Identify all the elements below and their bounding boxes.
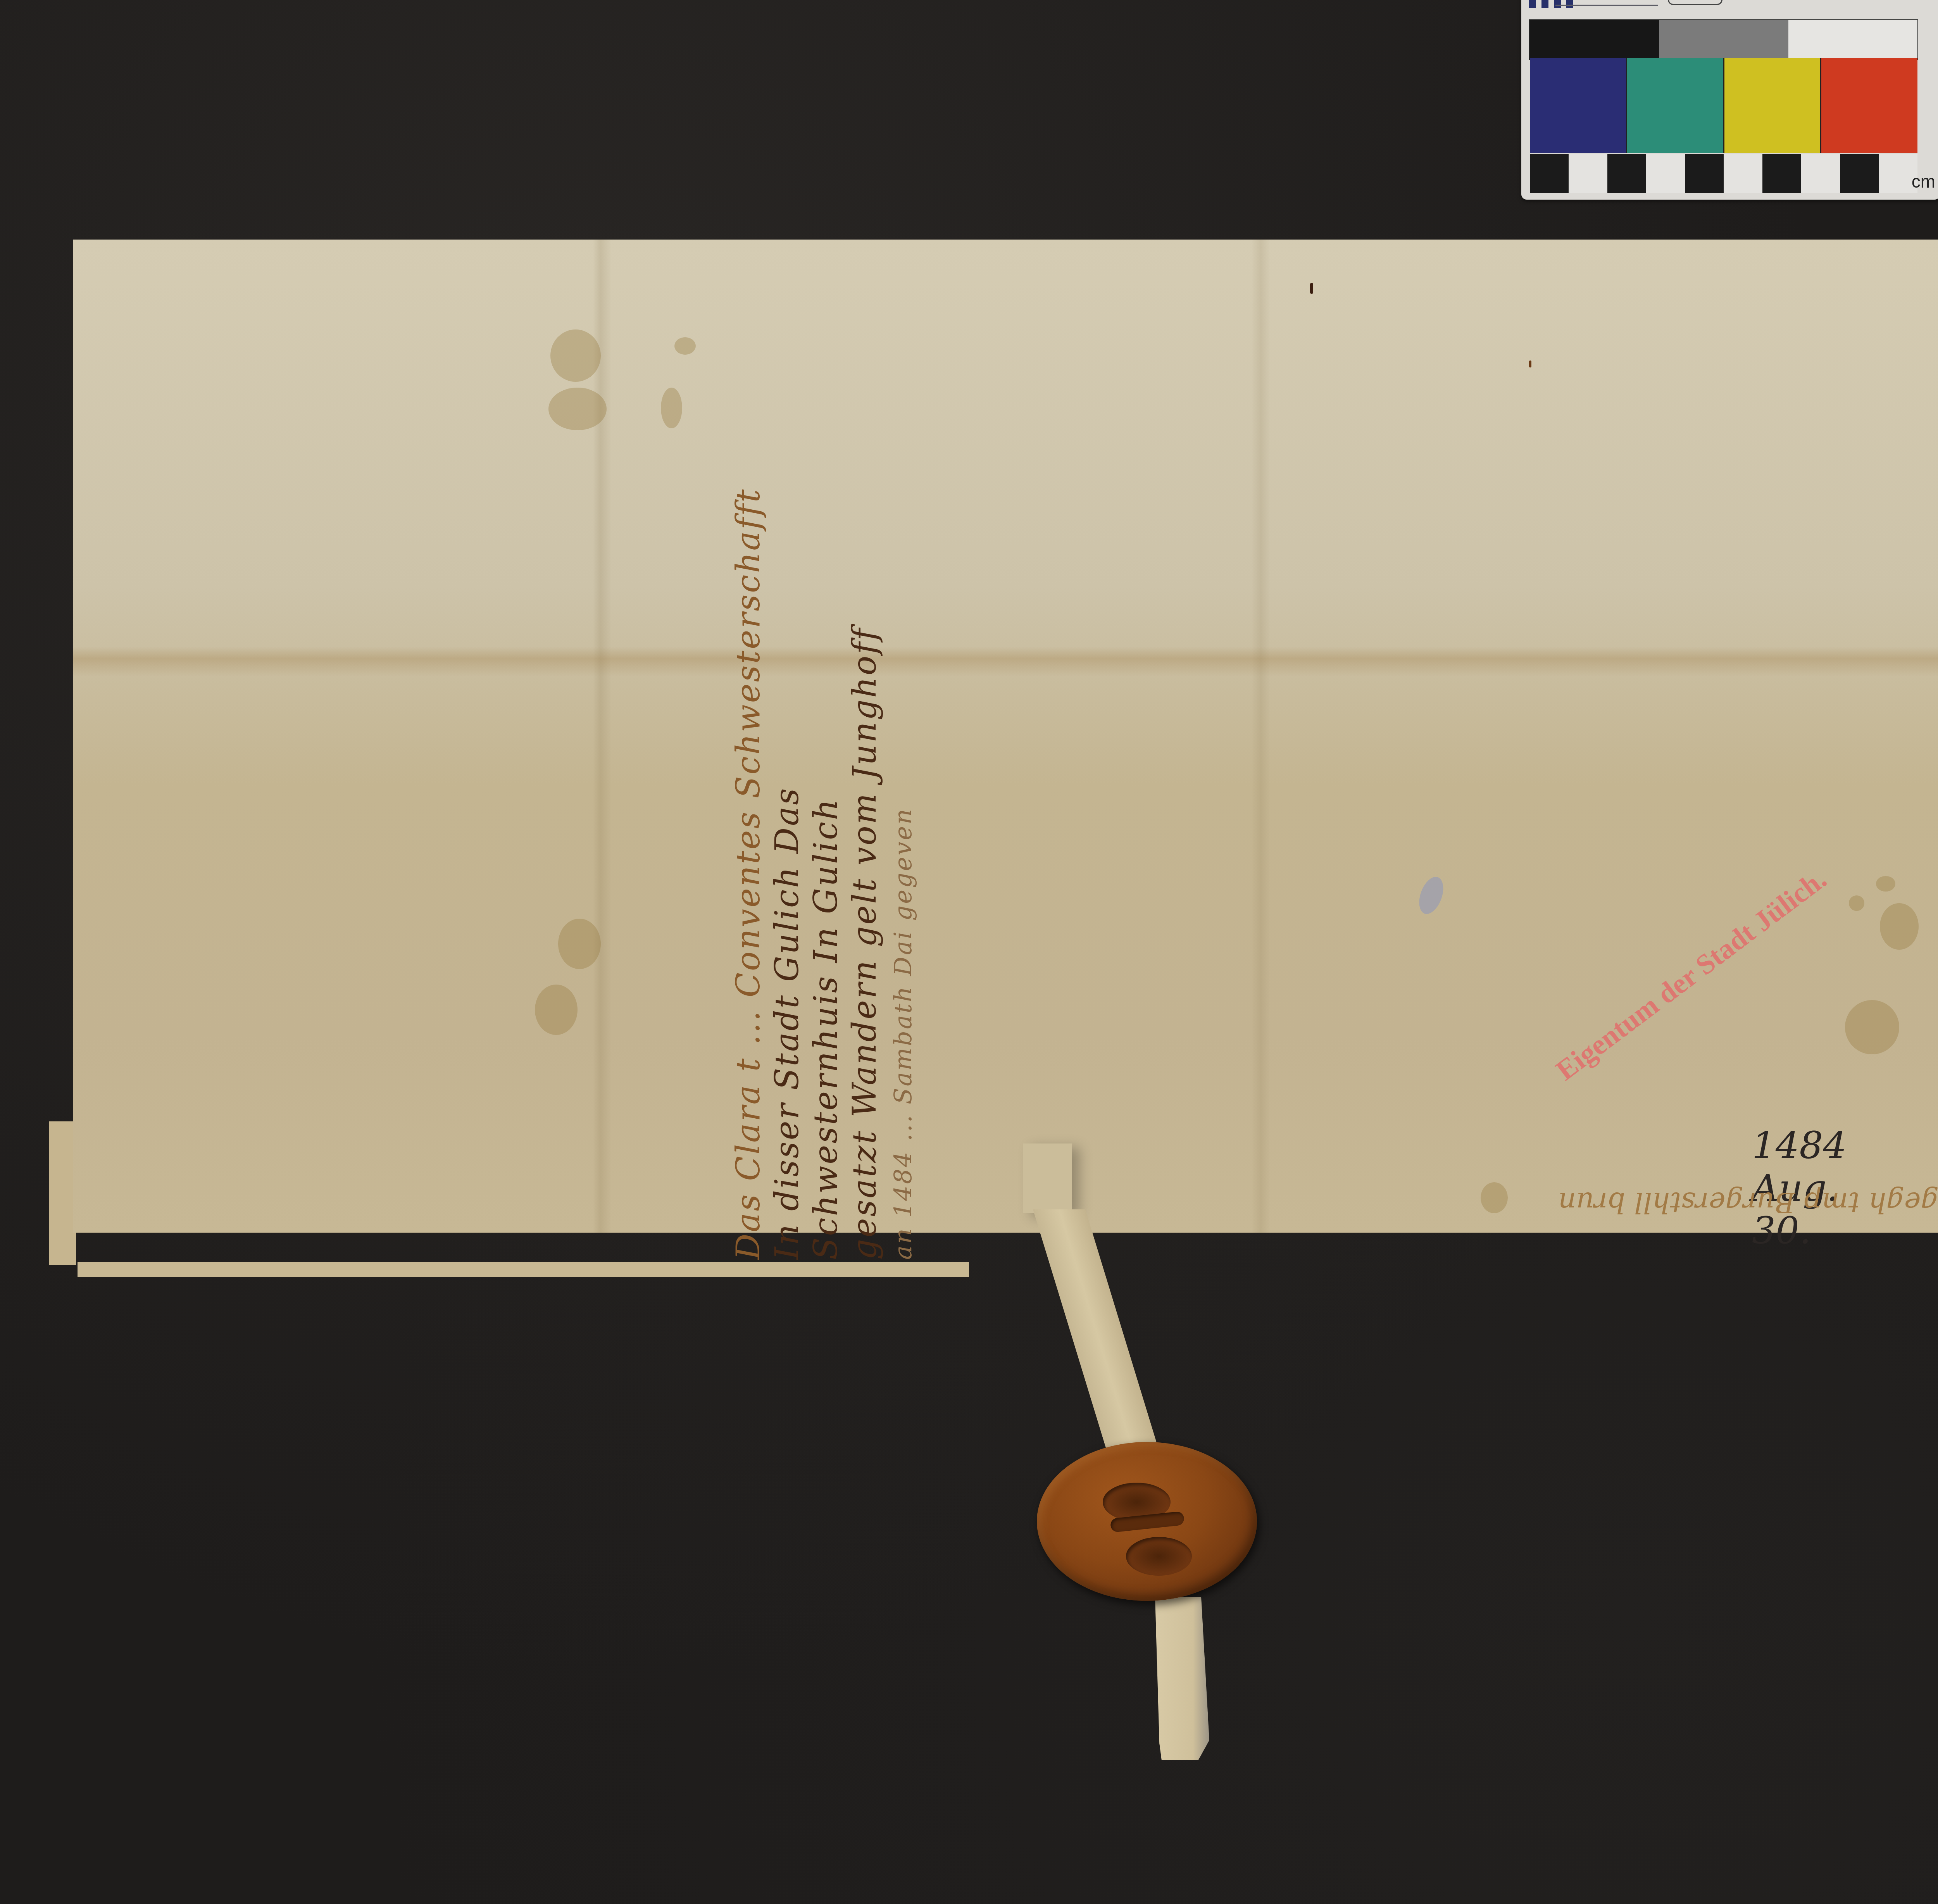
cm-label: cm [1912,171,1935,192]
parchment-sheet [73,240,1938,1233]
stain [1876,876,1895,892]
cyan-patch [1627,58,1723,153]
endorsement-line: gesatzt Wandern gelt vom Junghoff [845,678,884,1260]
endorsement-line: In disser Stadt Gulich Das [767,678,806,1260]
seal-impression [1126,1537,1192,1576]
yellow-patch [1724,58,1821,153]
stain [558,919,601,969]
gray-patch [1659,20,1788,59]
seal-strap-slit [1023,1143,1072,1213]
parchment-bottom-edge [78,1262,969,1277]
folded-flap [49,1121,76,1265]
endorsement-line: Schwesternhuis In Gulich [806,678,845,1260]
archive-year: 1484 [1752,1124,1847,1167]
stain [535,985,578,1035]
gray-patch-row [1529,19,1918,60]
stain [1481,1182,1508,1213]
card-tab [1668,0,1722,5]
card-tick-marks [1529,0,1573,8]
ink-speck [1529,360,1531,367]
ink-speck [1310,283,1313,294]
stain [548,388,607,430]
color-patch-row [1530,58,1917,153]
stain [550,329,601,382]
card-rule-line [1555,5,1658,6]
stain [661,388,682,428]
white-patch [1788,20,1917,59]
red-patch [1821,58,1917,153]
upside-down-note: Des gegh tmp Burgersthll brun [1558,1186,1938,1219]
black-patch [1530,20,1659,59]
stain [1845,1000,1899,1054]
centimeter-scale [1530,154,1917,193]
endorsement-line: an 1484 ... Sambath Dai gegeven [884,678,922,1260]
dorsal-endorsement: Das Clara t ... Conventes Schwesterschaf… [729,678,930,1260]
wax-seal [1037,1442,1257,1601]
stain [674,337,696,355]
color-reference-card: cm [1521,0,1938,200]
endorsement-line: Das Clara t ... Conventes Schwesterschaf… [729,678,767,1260]
blue-patch [1530,58,1626,153]
stain [1849,895,1864,911]
stain [1880,903,1919,950]
seal-strap-tail [1155,1597,1209,1760]
